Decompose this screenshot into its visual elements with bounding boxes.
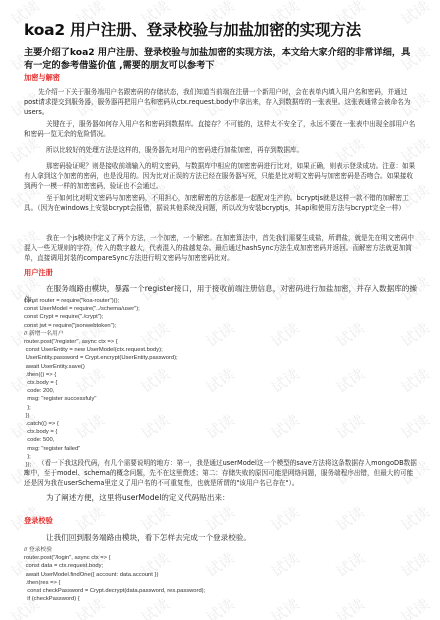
watermark-text: 试读 [72,501,109,535]
paragraph: 为了阐述方便，这里将userModel的定义代码贴出来： [24,492,419,503]
watermark-text: 试读 [137,501,174,535]
page-title: koa2 用户注册、登录校验与加盐加密的实现方法 [24,18,361,40]
watermark-text: 试读 [397,0,434,30]
paragraph: 至于如何比对明文密码与加密密码，不用担心，加密解密的方法都是一起配对生产的。bc… [24,194,419,214]
paragraph: 先介绍一下关于服务端用户名跟密码的存储状态，我们知道当前端在注册一个新用户时，会… [24,88,419,117]
document-page: 试读试读试读试读试读试读试读试读试读试读试读试读试读试读试读试读试读试读试读试读… [0,0,440,620]
watermark-text: 试读 [397,501,434,535]
paragraph: 所以比较好的处理方法是这样的，服务器先对用户的密码进行加盐加密，再存到数据库。 [24,146,419,156]
watermark-text: 试读 [332,501,369,535]
code-block-register: const router = require("koa-router")(); … [24,297,419,477]
section-heading-register: 用户注册 [24,268,53,278]
paragraph: 我在一个js模块中定义了两个方法，一个加密，一个解密。在加密算法中，首先我们需要… [24,234,419,263]
section-heading-login: 登录校验 [24,516,53,526]
code-block-login: // 登录校验 router.post("/login", async ctx … [24,546,419,603]
paragraph: 让我们回到服务端路由模块，看下怎样去完成一个登录校验。 [24,532,419,543]
paragraph-note: （看一下我这段代码，有几个需要说明的地方：第一，我是通过userModel这一个… [24,459,419,488]
section-heading-encrypt: 加密与解密 [24,73,60,83]
paragraph: 那密码验证呢？则是接收前端输入的明文密码，与数据库中相应的加密密码进行比对，如果… [24,162,419,191]
watermark-text: 试读 [267,501,304,535]
watermark-text: 试读 [202,501,239,535]
intro-summary: 主要介绍了koa2 用户注册、登录校验与加盐加密的实现方法，本文给大家介绍的非常… [24,46,419,72]
paragraph: 关键在于，服务器如何存入用户名和密码到数据库。直接存？不可能的，这样太不安全了，… [24,120,419,140]
